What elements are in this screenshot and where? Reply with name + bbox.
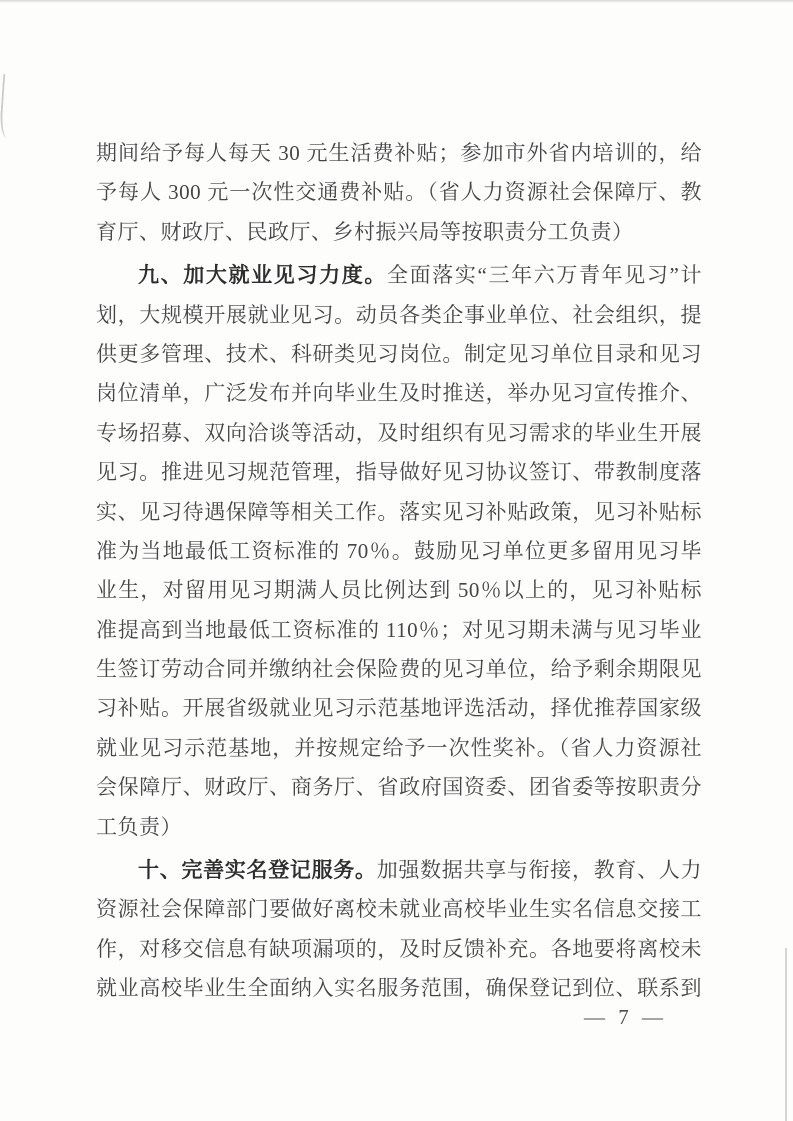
text-line: 实、见习待遇保障等相关工作。落实见习补贴政策，见习补贴标 <box>96 493 702 532</box>
text-line: 见习。推进见习规范管理，指导做好见习协议签订、带教制度落 <box>96 453 702 492</box>
text-line: 十、完善实名登记服务。加强数据共享与衔接，教育、人力 <box>96 851 702 890</box>
scan-right-edge-artifact <box>785 948 787 1121</box>
text-line: 工负责） <box>96 808 702 847</box>
section-heading: 十、完善实名登记服务。 <box>138 859 377 882</box>
para-section-10-registration: 十、完善实名登记服务。加强数据共享与衔接，教育、人力资源社会保障部门要做好离校未… <box>96 851 702 1009</box>
text-line: 期间给予每人每天 30 元生活费补贴；参加市外省内培训的，给 <box>96 134 702 173</box>
text-line: 作，对移交信息有缺项漏项的，及时反馈补充。各地要将离校未 <box>96 930 702 969</box>
text-line: 予每人 300 元一次性交通费补贴。（省人力资源社会保障厅、教 <box>96 173 702 212</box>
text-line: 会保障厅、财政厅、商务厅、省政府国资委、团省委等按职责分 <box>96 768 702 807</box>
page-number: — 7 — <box>584 1003 667 1031</box>
text-line: 准为当地最低工资标准的 70％。鼓励见习单位更多留用见习毕 <box>96 532 702 571</box>
text-line: 就业见习示范基地，并按规定给予一次性奖补。（省人力资源社 <box>96 729 702 768</box>
section-heading: 九、加大就业见习力度。 <box>138 264 387 287</box>
text-line: 生签订劳动合同并缴纳社会保险费的见习单位，给予剩余期限见 <box>96 650 702 689</box>
text-line: 业生，对留用见习期满人员比例达到 50％以上的，见习补贴标 <box>96 571 702 610</box>
scan-crease-artifact <box>0 74 15 138</box>
text-line: 划，大规模开展就业见习。动员各类企事业单位、社会组织，提 <box>96 296 702 335</box>
scan-top-edge-artifact <box>0 0 793 3</box>
text-line: 供更多管理、技术、科研类见习岗位。制定见习单位目录和见习 <box>96 335 702 374</box>
document-body: 期间给予每人每天 30 元生活费补贴；参加市外省内培训的，给予每人 300 元一… <box>96 134 702 1009</box>
text-line: 习补贴。开展省级就业见习示范基地评选活动，择优推荐国家级 <box>96 689 702 728</box>
scanned-document-page: 期间给予每人每天 30 元生活费补贴；参加市外省内培训的，给予每人 300 元一… <box>0 0 793 1121</box>
text-line: 专场招募、双向洽谈等活动，及时组织有见习需求的毕业生开展 <box>96 414 702 453</box>
text-line: 岗位清单，广泛发布并向毕业生及时推送，举办见习宣传推介、 <box>96 374 702 413</box>
para-section-9-internship: 九、加大就业见习力度。全面落实“三年六万青年见习”计划，大规模开展就业见习。动员… <box>96 256 702 847</box>
text-line: 资源社会保障部门要做好离校未就业高校毕业生实名信息交接工 <box>96 890 702 929</box>
text-line: 准提高到当地最低工资标准的 110％；对见习期未满与见习毕业 <box>96 611 702 650</box>
text-line: 九、加大就业见习力度。全面落实“三年六万青年见习”计 <box>96 256 702 295</box>
text-line: 育厅、财政厅、民政厅、乡村振兴局等按职责分工负责） <box>96 213 702 252</box>
para-continuation-training-subsidy: 期间给予每人每天 30 元生活费补贴；参加市外省内培训的，给予每人 300 元一… <box>96 134 702 252</box>
